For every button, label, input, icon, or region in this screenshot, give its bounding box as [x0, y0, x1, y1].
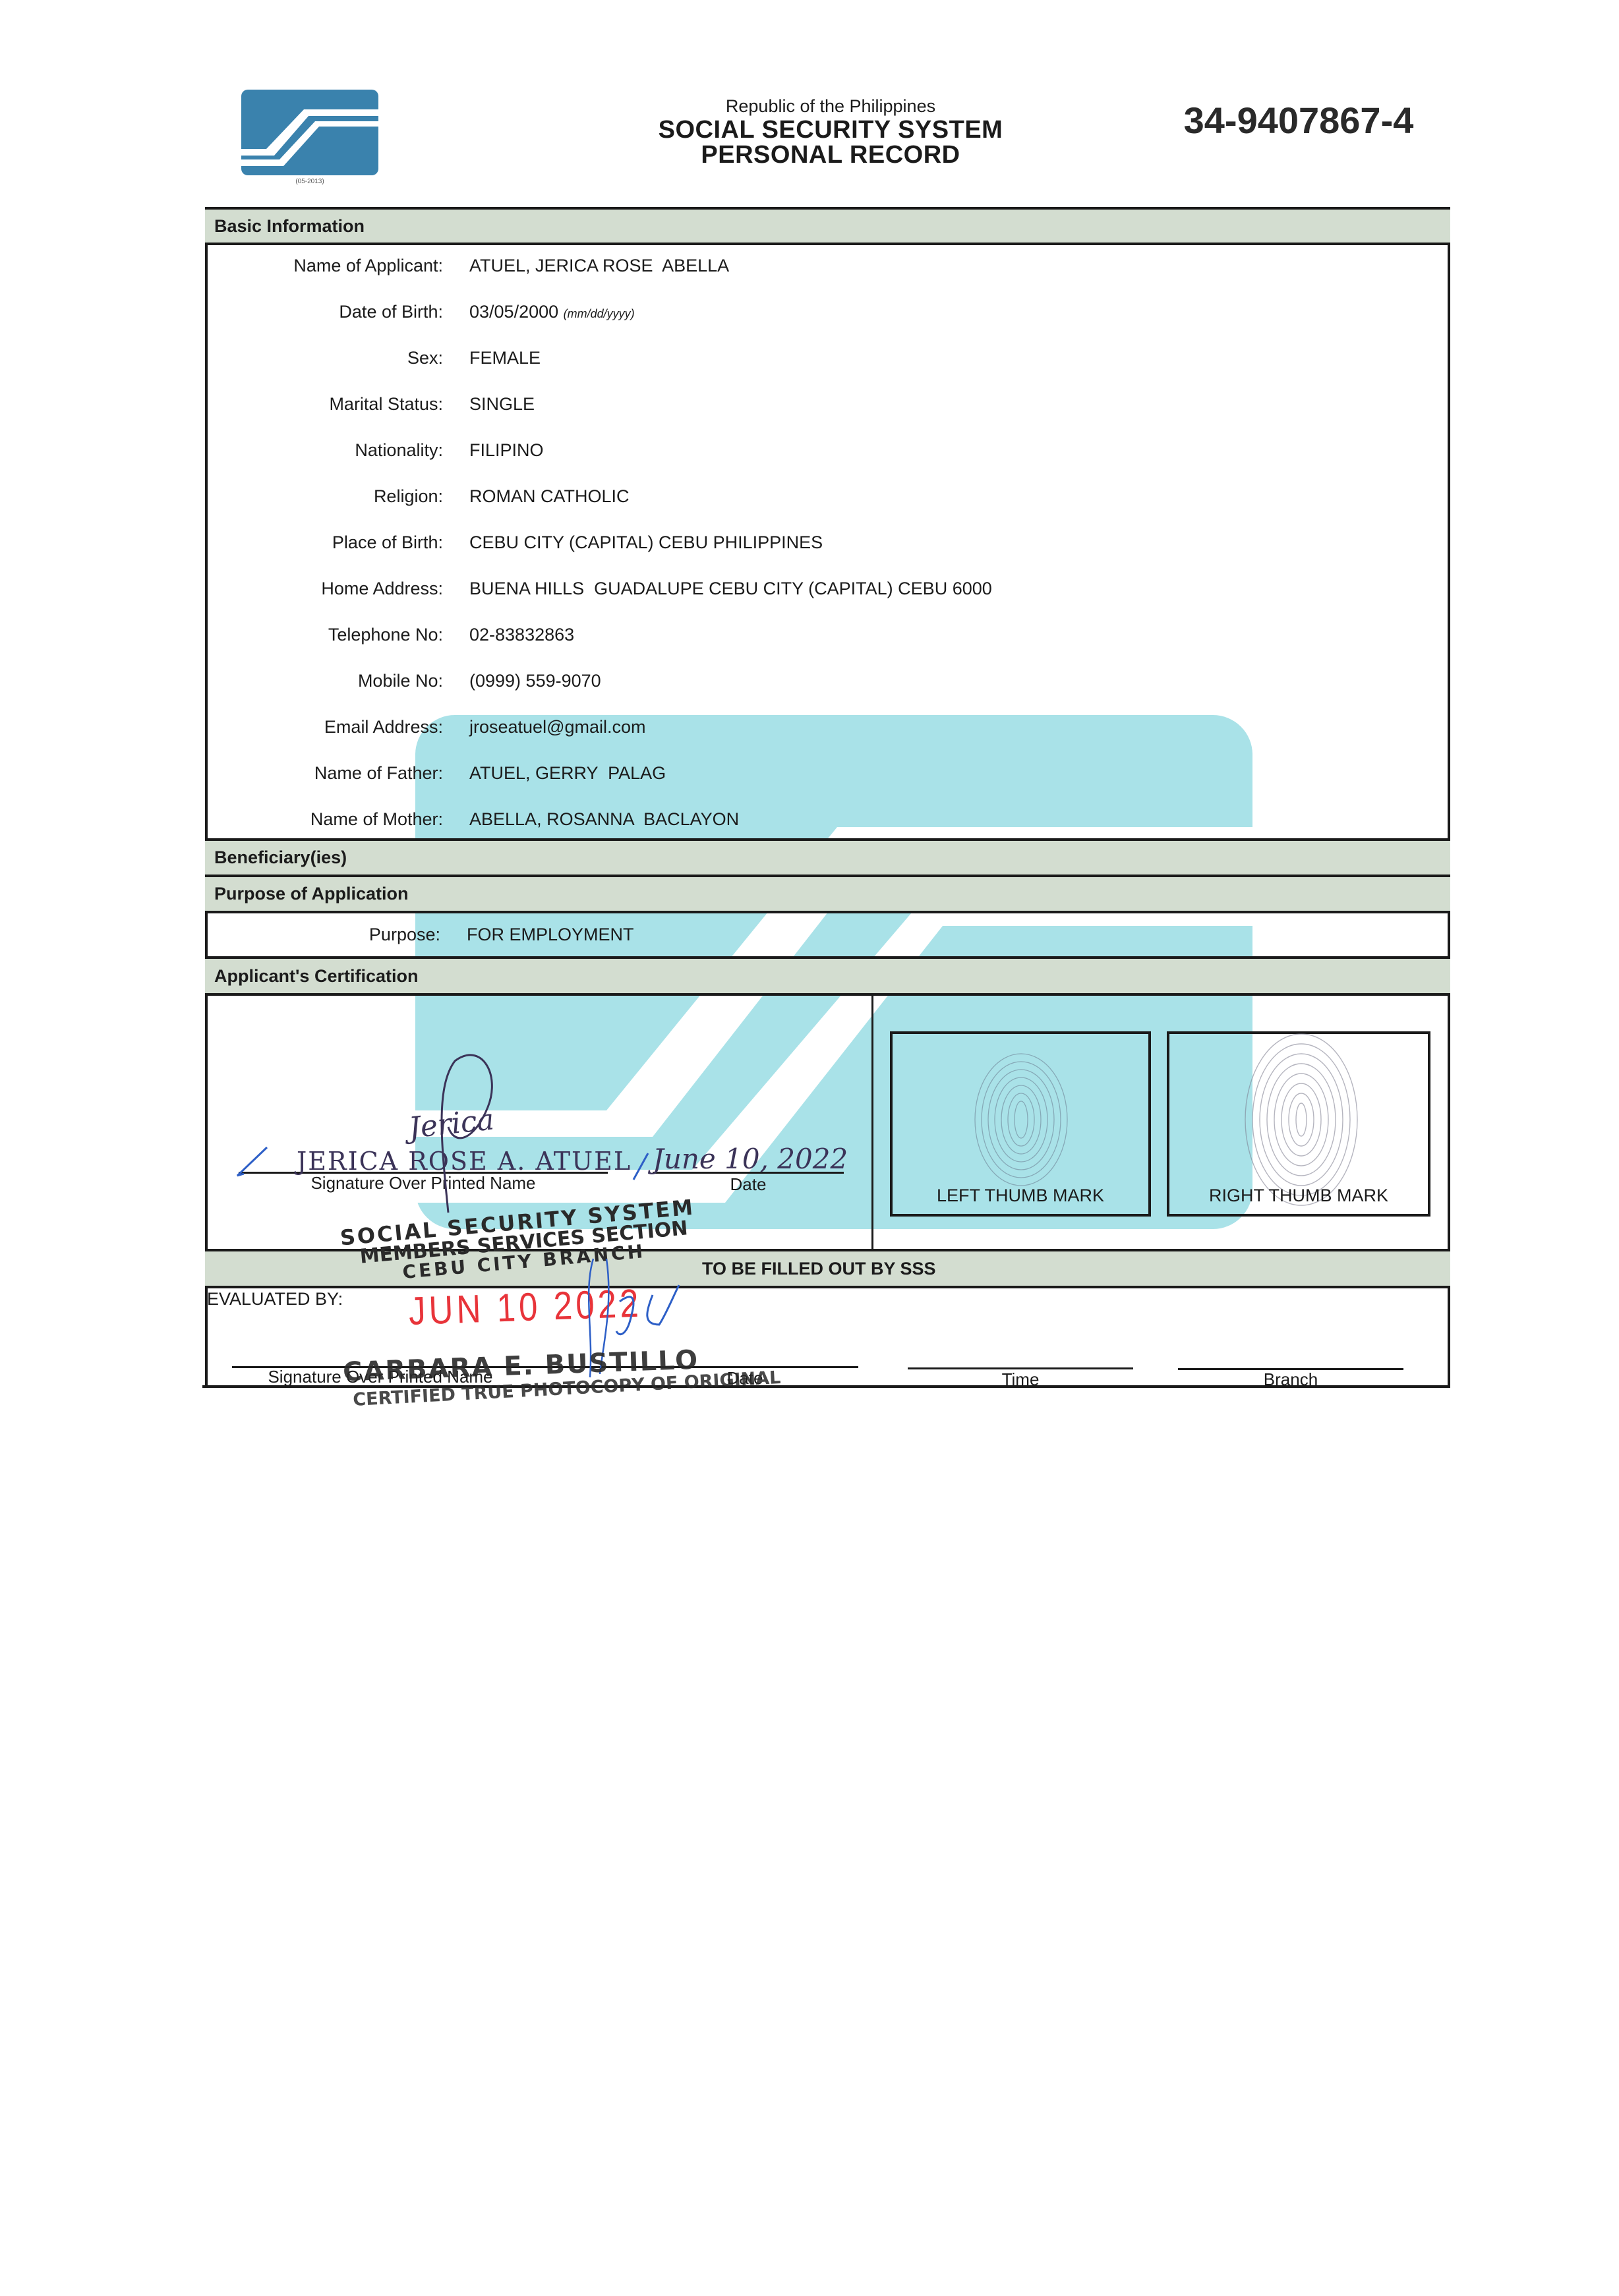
- purpose-value: FOR EMPLOYMENT: [467, 925, 634, 945]
- purpose-label: Purpose:: [203, 925, 440, 945]
- form-right-border: [1448, 207, 1450, 1388]
- field-value-text: jroseatuel@gmail.com: [469, 717, 646, 737]
- fingerprint-icon: [965, 1047, 1077, 1192]
- field-value-text: FEMALE: [469, 348, 541, 368]
- field-value: ABELLA, ROSANNA BACLAYON: [469, 809, 739, 830]
- field-value-text: CEBU CITY (CAPITAL) CEBU PHILIPPINES: [469, 532, 823, 552]
- field-label: Name of Mother:: [206, 809, 443, 830]
- republic-heading: Republic of the Philippines: [593, 96, 1068, 117]
- form-revision-code: (05-2013): [241, 178, 378, 185]
- field-value-text: ATUEL, GERRY PALAG: [469, 763, 666, 783]
- certification-divider: [871, 995, 873, 1252]
- form-title: PERSONAL RECORD: [593, 141, 1068, 169]
- right-thumb-mark-label: RIGHT THUMB MARK: [1169, 1186, 1428, 1206]
- section-basic-information: Basic Information: [205, 207, 1450, 245]
- field-label: Email Address:: [206, 717, 443, 737]
- field-label: Religion:: [206, 486, 443, 507]
- field-value: (0999) 559-9070: [469, 671, 601, 691]
- sss-logo-icon: [241, 90, 378, 175]
- left-thumb-mark-label: LEFT THUMB MARK: [893, 1186, 1148, 1206]
- section-heading: Purpose of Application: [214, 884, 409, 904]
- field-value-text: ROMAN CATHOLIC: [469, 486, 630, 506]
- date-format-hint: (mm/dd/yyyy): [564, 307, 635, 320]
- field-label: Place of Birth:: [206, 532, 443, 553]
- field-value-text: ABELLA, ROSANNA BACLAYON: [469, 809, 739, 829]
- field-value: BUENA HILLS GUADALUPE CEBU CITY (CAPITAL…: [469, 579, 992, 599]
- evaluated-by-label: EVALUATED BY:: [207, 1289, 343, 1309]
- right-thumb-mark-box: RIGHT THUMB MARK: [1167, 1031, 1430, 1217]
- field-value: ATUEL, JERICA ROSE ABELLA: [469, 256, 729, 276]
- field-label: Telephone No:: [206, 625, 443, 645]
- agency-heading: SOCIAL SECURITY SYSTEM: [593, 116, 1068, 144]
- field-value-text: (0999) 559-9070: [469, 671, 601, 691]
- field-value-text: 02-83832863: [469, 625, 574, 645]
- field-value-text: 03/05/2000: [469, 302, 558, 322]
- field-value-text: ATUEL, JERICA ROSE ABELLA: [469, 256, 729, 275]
- field-value: FILIPINO: [469, 440, 544, 461]
- field-value: jroseatuel@gmail.com: [469, 717, 646, 737]
- field-value-text: SINGLE: [469, 394, 535, 414]
- field-label: Name of Father:: [206, 763, 443, 784]
- field-label: Home Address:: [206, 579, 443, 599]
- checkmark-icon: [630, 1151, 649, 1184]
- field-label: Date of Birth:: [206, 302, 443, 322]
- section-heading: Beneficiary(ies): [214, 847, 347, 868]
- field-value-text: BUENA HILLS GUADALUPE CEBU CITY (CAPITAL…: [469, 579, 992, 598]
- field-label: Sex:: [206, 348, 443, 368]
- field-value: 03/05/2000 (mm/dd/yyyy): [469, 302, 635, 322]
- field-value: ATUEL, GERRY PALAG: [469, 763, 666, 784]
- ss-number: 34-9407867-4: [1147, 99, 1450, 142]
- field-value-text: FILIPINO: [469, 440, 544, 460]
- field-value: 02-83832863: [469, 625, 574, 645]
- section-heading: TO BE FILLED OUT BY SSS: [702, 1259, 936, 1279]
- form-left-border: [205, 207, 208, 1388]
- handwritten-printed-name: JERICA ROSE A. ATUEL: [297, 1147, 632, 1176]
- applicant-date-caption: Date: [653, 1174, 844, 1195]
- section-heading: Basic Information: [214, 216, 365, 237]
- section-beneficiaries: Beneficiary(ies): [205, 838, 1450, 877]
- field-label: Name of Applicant:: [206, 256, 443, 276]
- left-thumb-mark-box: LEFT THUMB MARK: [890, 1031, 1151, 1217]
- field-label: Nationality:: [206, 440, 443, 461]
- section-certification: Applicant's Certification: [205, 956, 1450, 996]
- signature-loop: [428, 1048, 508, 1219]
- field-value: CEBU CITY (CAPITAL) CEBU PHILIPPINES: [469, 532, 823, 553]
- section-heading: Applicant's Certification: [214, 966, 418, 987]
- field-label: Mobile No:: [206, 671, 443, 691]
- section-purpose: Purpose of Application: [205, 875, 1450, 913]
- handwritten-date: June 10, 2022: [653, 1143, 848, 1175]
- field-value: ROMAN CATHOLIC: [469, 486, 630, 507]
- field-value: FEMALE: [469, 348, 541, 368]
- field-label: Marital Status:: [206, 394, 443, 415]
- field-value: SINGLE: [469, 394, 535, 415]
- applicant-signature-caption: Signature Over Printed Name: [239, 1173, 608, 1193]
- checkmark-icon: [231, 1144, 270, 1184]
